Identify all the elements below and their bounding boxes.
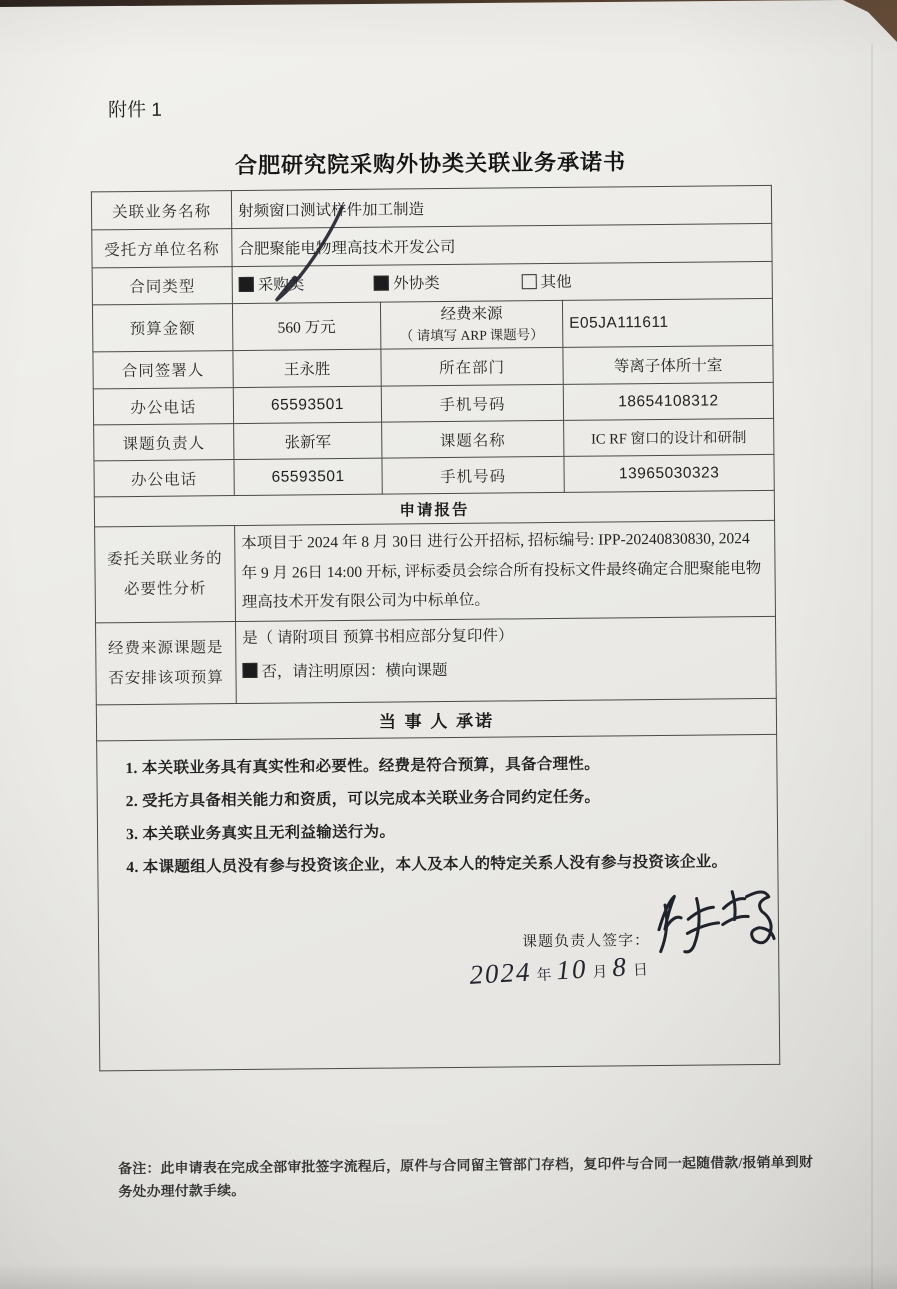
table-row: 预算金额 560 万元 经费来源 （ 请填写 ARP 课题号） E05JA111…: [92, 298, 772, 352]
commitment-body: 1. 本关联业务具有真实性和必要性。经费是符合预算，具备合理性。 2. 受托方具…: [97, 734, 780, 1071]
department-label: 所在部门: [381, 347, 563, 386]
date-day: 8: [612, 951, 629, 982]
pi-value: 张新军: [234, 422, 382, 459]
funding-source-value: E05JA111611: [562, 298, 772, 347]
checkbox-filled-icon: [242, 663, 257, 678]
mobile-label: 手机号码: [381, 384, 563, 422]
mobile-label: 手机号码: [382, 456, 564, 494]
budget-no-line: 否，请注明原因：横向课题: [242, 651, 769, 690]
handwritten-checkmark-icon: [258, 197, 359, 313]
signer-value: 王永胜: [233, 349, 381, 387]
project-name-label: 课题名称: [382, 420, 564, 458]
office-phone-label: 办公电话: [93, 388, 233, 425]
business-name-label: 关联业务名称: [91, 191, 231, 230]
contract-type-option-label: 外协类: [393, 271, 440, 293]
necessity-text: 本项目于 2024 年 8 月 30日 进行公开招标, 招标编号: IPP-20…: [235, 520, 776, 621]
signature-label: 课题负责人签字：: [522, 929, 650, 951]
signer-label: 合同签署人: [93, 351, 233, 389]
checkbox-filled-icon: [374, 275, 389, 290]
office-phone-value: 65593501: [233, 386, 381, 423]
date-month-unit: 月: [587, 964, 613, 981]
mobile-value: 18654108312: [563, 382, 773, 420]
signature-date: 2024年10月8日: [469, 950, 654, 991]
table-row: 经费来源课题是否安排该项预算 是（ 请附项目 预算书相应部分复印件） 否，请注明…: [96, 616, 777, 705]
date-year-unit: 年: [531, 967, 557, 984]
budget-label: 预算金额: [92, 304, 232, 352]
budget-arranged-value: 是（ 请附项目 预算书相应部分复印件） 否，请注明原因：横向课题: [236, 616, 777, 703]
contract-type-option: 外协类: [374, 271, 440, 294]
budget-no-reason: 横向课题: [385, 662, 447, 680]
table-row: 1. 本关联业务具有真实性和必要性。经费是符合预算，具备合理性。 2. 受托方具…: [97, 734, 780, 1071]
project-name-value: IC RF 窗口的设计和研制: [564, 418, 774, 456]
page-title: 合肥研究院采购外协类关联业务承诺书: [90, 144, 770, 182]
footer-note: 备注：此申请表在完成全部审批签字流程后，原件与合同留主管部门存档，复印件与合同一…: [118, 1150, 824, 1204]
necessity-label: 委托关联业务的必要性分析: [95, 526, 236, 623]
date-month: 10: [556, 954, 589, 986]
mobile-value: 13965030323: [564, 454, 774, 492]
checkbox-filled-icon: [239, 277, 254, 292]
budget-arranged-label: 经费来源课题是否安排该项预算: [96, 622, 237, 705]
trustee-name-label: 受托方单位名称: [92, 229, 232, 268]
commitment-form-table: 关联业务名称 射频窗口测试样件加工制造 受托方单位名称 合肥聚能电物理高技术开发…: [91, 185, 780, 1071]
date-day-unit: 日: [628, 962, 654, 979]
budget-yes-line: 是（ 请附项目 预算书相应部分复印件）: [242, 617, 769, 656]
table-row: 关联业务名称 射频窗口测试样件加工制造: [91, 185, 771, 230]
attachment-label: 附件 1: [108, 95, 162, 123]
office-phone-label: 办公电话: [94, 460, 234, 497]
date-year: 2024: [469, 957, 533, 990]
office-phone-value: 65593501: [234, 458, 382, 495]
table-row: 委托关联业务的必要性分析 本项目于 2024 年 8 月 30日 进行公开招标,…: [95, 520, 776, 623]
funding-source-label: 经费来源 （ 请填写 ARP 课题号）: [380, 300, 562, 349]
contract-type-option-label: 其他: [540, 270, 571, 292]
table-row: 受托方单位名称 合肥聚能电物理高技术开发公司: [92, 223, 772, 268]
commitment-item: 4. 本课题组人员没有参与投资该企业，本人及本人的特定关系人没有参与投资该企业。: [126, 846, 753, 885]
signature-scribble: [642, 876, 780, 978]
commitment-list: 1. 本关联业务具有真实性和必要性。经费是符合预算，具备合理性。 2. 受托方具…: [103, 735, 771, 885]
document-content: 附件 1 合肥研究院采购外协类关联业务承诺书 关联业务名称 射频窗口测试样件加工…: [0, 0, 897, 1289]
department-value: 等离子体所十室: [563, 345, 773, 384]
pi-label: 课题负责人: [94, 424, 234, 461]
checkbox-empty-icon: [521, 274, 536, 289]
contract-type-option: 其他: [521, 270, 571, 292]
contract-type-label: 合同类型: [92, 267, 232, 305]
